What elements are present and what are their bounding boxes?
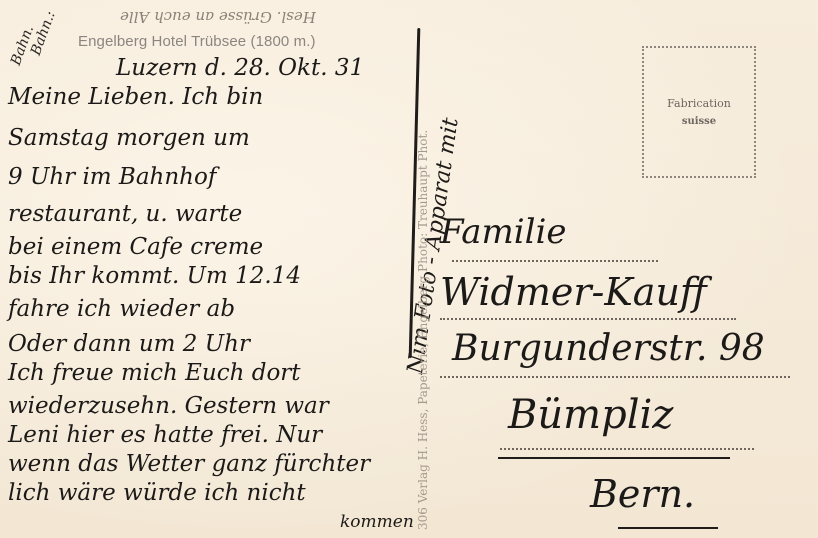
message-line: Samstag morgen um	[8, 112, 408, 153]
address-dotted-line	[440, 376, 790, 378]
address-dotted-line	[500, 448, 754, 450]
message-line: Ich freue mich Euch dort	[8, 359, 408, 388]
address-line-2: Widmer-Kauff	[440, 270, 707, 314]
message-line: bis Ihr kommt. Um 12.14	[8, 262, 408, 291]
message-line: Luzern d. 28. Okt. 31	[8, 54, 408, 83]
postcard-back: Hesl. Grüsse an euch Alle Bahn. Bahn.: E…	[0, 0, 818, 538]
message-line: Oder dann um 2 Uhr	[8, 324, 408, 359]
address-underline	[498, 457, 730, 459]
stamp-box-line1: Fabrication	[667, 97, 731, 110]
address-dotted-line	[452, 260, 658, 262]
message-line: Meine Lieben. Ich bin	[8, 83, 408, 112]
address-dotted-line	[440, 318, 736, 320]
message-line: lich wäre würde ich nicht	[8, 479, 408, 508]
address-underline	[618, 527, 718, 529]
address-line-4: Bümpliz	[508, 392, 673, 438]
publisher-imprint: 306 Verlag H. Hess, Papeterie, Engelberg…	[416, 10, 430, 530]
message-line: wiederzusehn. Gestern war	[8, 388, 408, 421]
upside-down-greeting: Hesl. Grüsse an euch Alle	[120, 8, 316, 26]
stamp-box: Fabrication suisse	[642, 46, 756, 178]
message-line: 9 Uhr im Bahnhof	[8, 153, 408, 192]
handwritten-message: Luzern d. 28. Okt. 31 Meine Lieben. Ich …	[8, 54, 408, 508]
message-last-word: kommen	[340, 512, 414, 532]
message-line: Leni hier es hatte frei. Nur	[8, 421, 408, 450]
printed-caption: Engelberg Hotel Trübsee (1800 m.)	[78, 33, 316, 50]
message-line: bei einem Cafe creme	[8, 229, 408, 262]
address-line-3: Burgunderstr. 98	[452, 328, 765, 369]
stamp-box-line2: suisse	[682, 116, 716, 127]
message-line: restaurant, u. warte	[8, 192, 408, 229]
message-line: fahre ich wieder ab	[8, 291, 408, 324]
address-line-1: Familie	[440, 212, 567, 252]
message-line: wenn das Wetter ganz fürchter	[8, 450, 408, 479]
address-line-5: Bern.	[590, 472, 695, 516]
